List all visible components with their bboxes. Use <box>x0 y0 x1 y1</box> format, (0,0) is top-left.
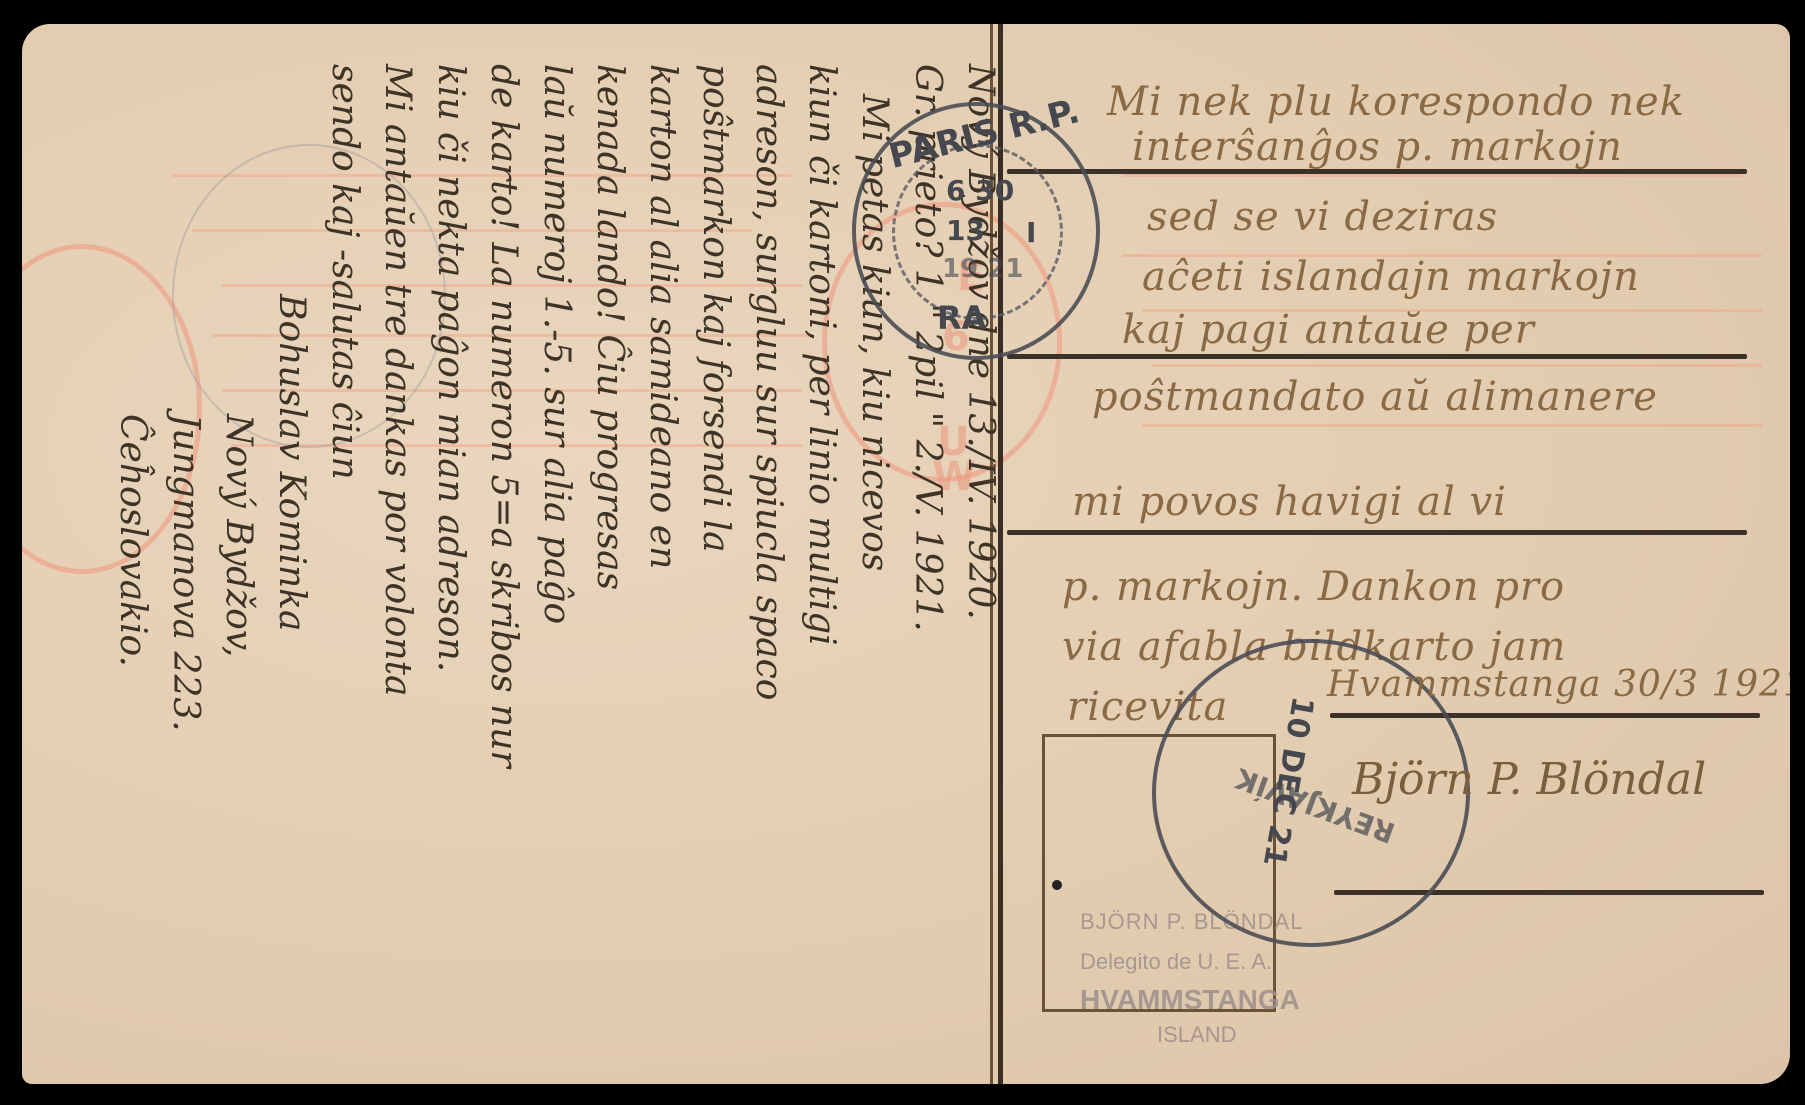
cachet-country: ISLAND <box>1157 1022 1236 1048</box>
right-message-line: p. markojn. Dankon pro <box>1062 564 1565 610</box>
left-message-line: de karto! La numeron 5=a skribos nur <box>477 64 530 1064</box>
right-message-line: poŝtmandato aŭ alimanere <box>1092 374 1658 420</box>
paris-postmark-day: 13 <box>946 214 985 247</box>
left-message-line: sendo kaj -salutas ĉiun <box>318 64 371 1064</box>
paris-postmark-month: I <box>1026 216 1036 249</box>
right-message-line: Mi nek plu korespondo nek <box>1107 79 1685 125</box>
ruled-line <box>1142 424 1762 427</box>
place-date: Hvammstanga 30/3 1921 <box>1327 664 1790 705</box>
cachet-title: Delegito de U. E. A. <box>1080 949 1272 975</box>
right-message-line: mi povos havigi al vi <box>1072 479 1507 525</box>
left-message-line: poŝtmarkon kaj forsendi la <box>689 64 742 1064</box>
left-message-line: Mi antaŭen tre dankas por volonta <box>371 64 424 1064</box>
left-message-line: kiu či nekta paĝon mian adreson. <box>424 64 477 1064</box>
left-message-address: Nový Bydžov, <box>212 64 265 1064</box>
left-message-address: Ĉeĥoslovakio. <box>106 64 159 1064</box>
ruled-line <box>1152 364 1762 367</box>
right-message-line: interŝanĝos p. markojn <box>1132 124 1623 170</box>
address-line-3 <box>1007 530 1747 535</box>
ruled-line <box>1122 174 1742 177</box>
signature: Björn P. Blöndal <box>1352 754 1706 805</box>
postcard: E 6 U W Nový Bydžov dne 13./IV. 1920. Gr… <box>22 24 1790 1084</box>
ink-dot <box>1052 880 1062 890</box>
left-message-line: kiun či kartoni, per linio multigi <box>795 64 848 1064</box>
left-message-line: laŭ numeroj 1.-5. sur alia paĝo <box>530 64 583 1064</box>
paris-postmark-year: 19 21 <box>942 254 1023 284</box>
right-message-line: kaj pagi antaŭe per <box>1122 307 1535 353</box>
cachet-town: HVAMMSTANGA <box>1080 984 1300 1016</box>
address-line-2 <box>1007 354 1747 359</box>
left-message-line: adreson, surgluu sur spiucla spaco <box>742 64 795 1064</box>
right-message-line: sed se vi deziras <box>1147 194 1498 240</box>
paris-postmark-time: 6 30 <box>946 174 1014 207</box>
left-message-address: Jungmanova 223. <box>159 64 212 1064</box>
right-message-line: aĉeti islandajn markojn <box>1142 254 1640 300</box>
left-message-line: karton al alia samideano en <box>636 64 689 1064</box>
paris-postmark-bottom: RA <box>937 299 986 337</box>
left-message-signature: Bohuslav Kominka <box>265 64 318 1064</box>
left-message-line: kenada lando! Ĉiu progresas <box>583 64 636 1064</box>
